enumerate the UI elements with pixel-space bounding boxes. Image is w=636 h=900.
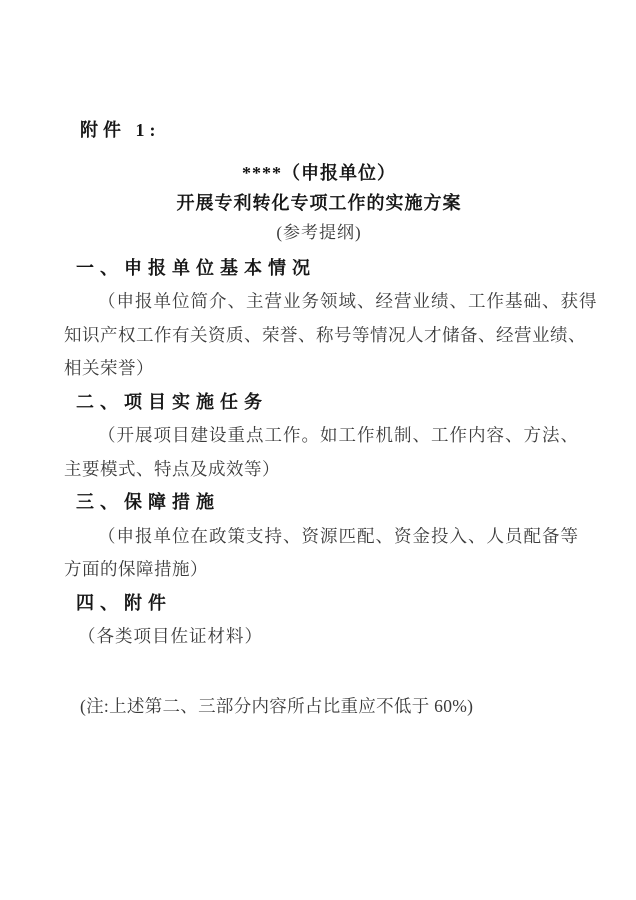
document-title-block: ****（申报单位） 开展专利转化专项工作的实施方案 (参考提纲) (64, 158, 574, 248)
section-4-paragraph-line-1: （各类项目佐证材料） (64, 620, 574, 654)
title-subtitle-reference-outline: (参考提纲) (64, 218, 574, 248)
section-1-heading: 一、申报单位基本情况 (64, 252, 574, 286)
attachment-label: 附件 1: (64, 114, 574, 148)
title-applicant-unit: ****（申报单位） (64, 158, 574, 188)
title-main: 开展专利转化专项工作的实施方案 (64, 188, 574, 218)
section-3-paragraph-line-2: 方面的保障措施） (64, 553, 574, 587)
section-4-heading: 四、附件 (64, 587, 574, 621)
document-content: 附件 1: ****（申报单位） 开展专利转化专项工作的实施方案 (参考提纲) … (64, 0, 574, 723)
section-2-paragraph-line-2: 主要模式、特点及成效等） (64, 453, 574, 487)
section-2-paragraph-line-1: （开展项目建设重点工作。如工作机制、工作内容、方法、 (64, 419, 574, 453)
document-page: 附件 1: ****（申报单位） 开展专利转化专项工作的实施方案 (参考提纲) … (0, 0, 636, 900)
section-1-paragraph-line-2: 知识产权工作有关资质、荣誉、称号等情况人才储备、经营业绩、 (64, 319, 574, 353)
section-3-paragraph-line-1: （申报单位在政策支持、资源匹配、资金投入、人员配备等 (64, 520, 574, 554)
section-3-heading: 三、保障措施 (64, 486, 574, 520)
proportion-note: (注:上述第二、三部分内容所占比重应不低于 60%) (64, 690, 574, 724)
section-1-paragraph-line-1: （申报单位简介、主营业务领域、经营业绩、工作基础、获得 (64, 285, 574, 319)
section-1-paragraph-line-3: 相关荣誉） (64, 352, 574, 386)
section-2-heading: 二、项目实施任务 (64, 386, 574, 420)
